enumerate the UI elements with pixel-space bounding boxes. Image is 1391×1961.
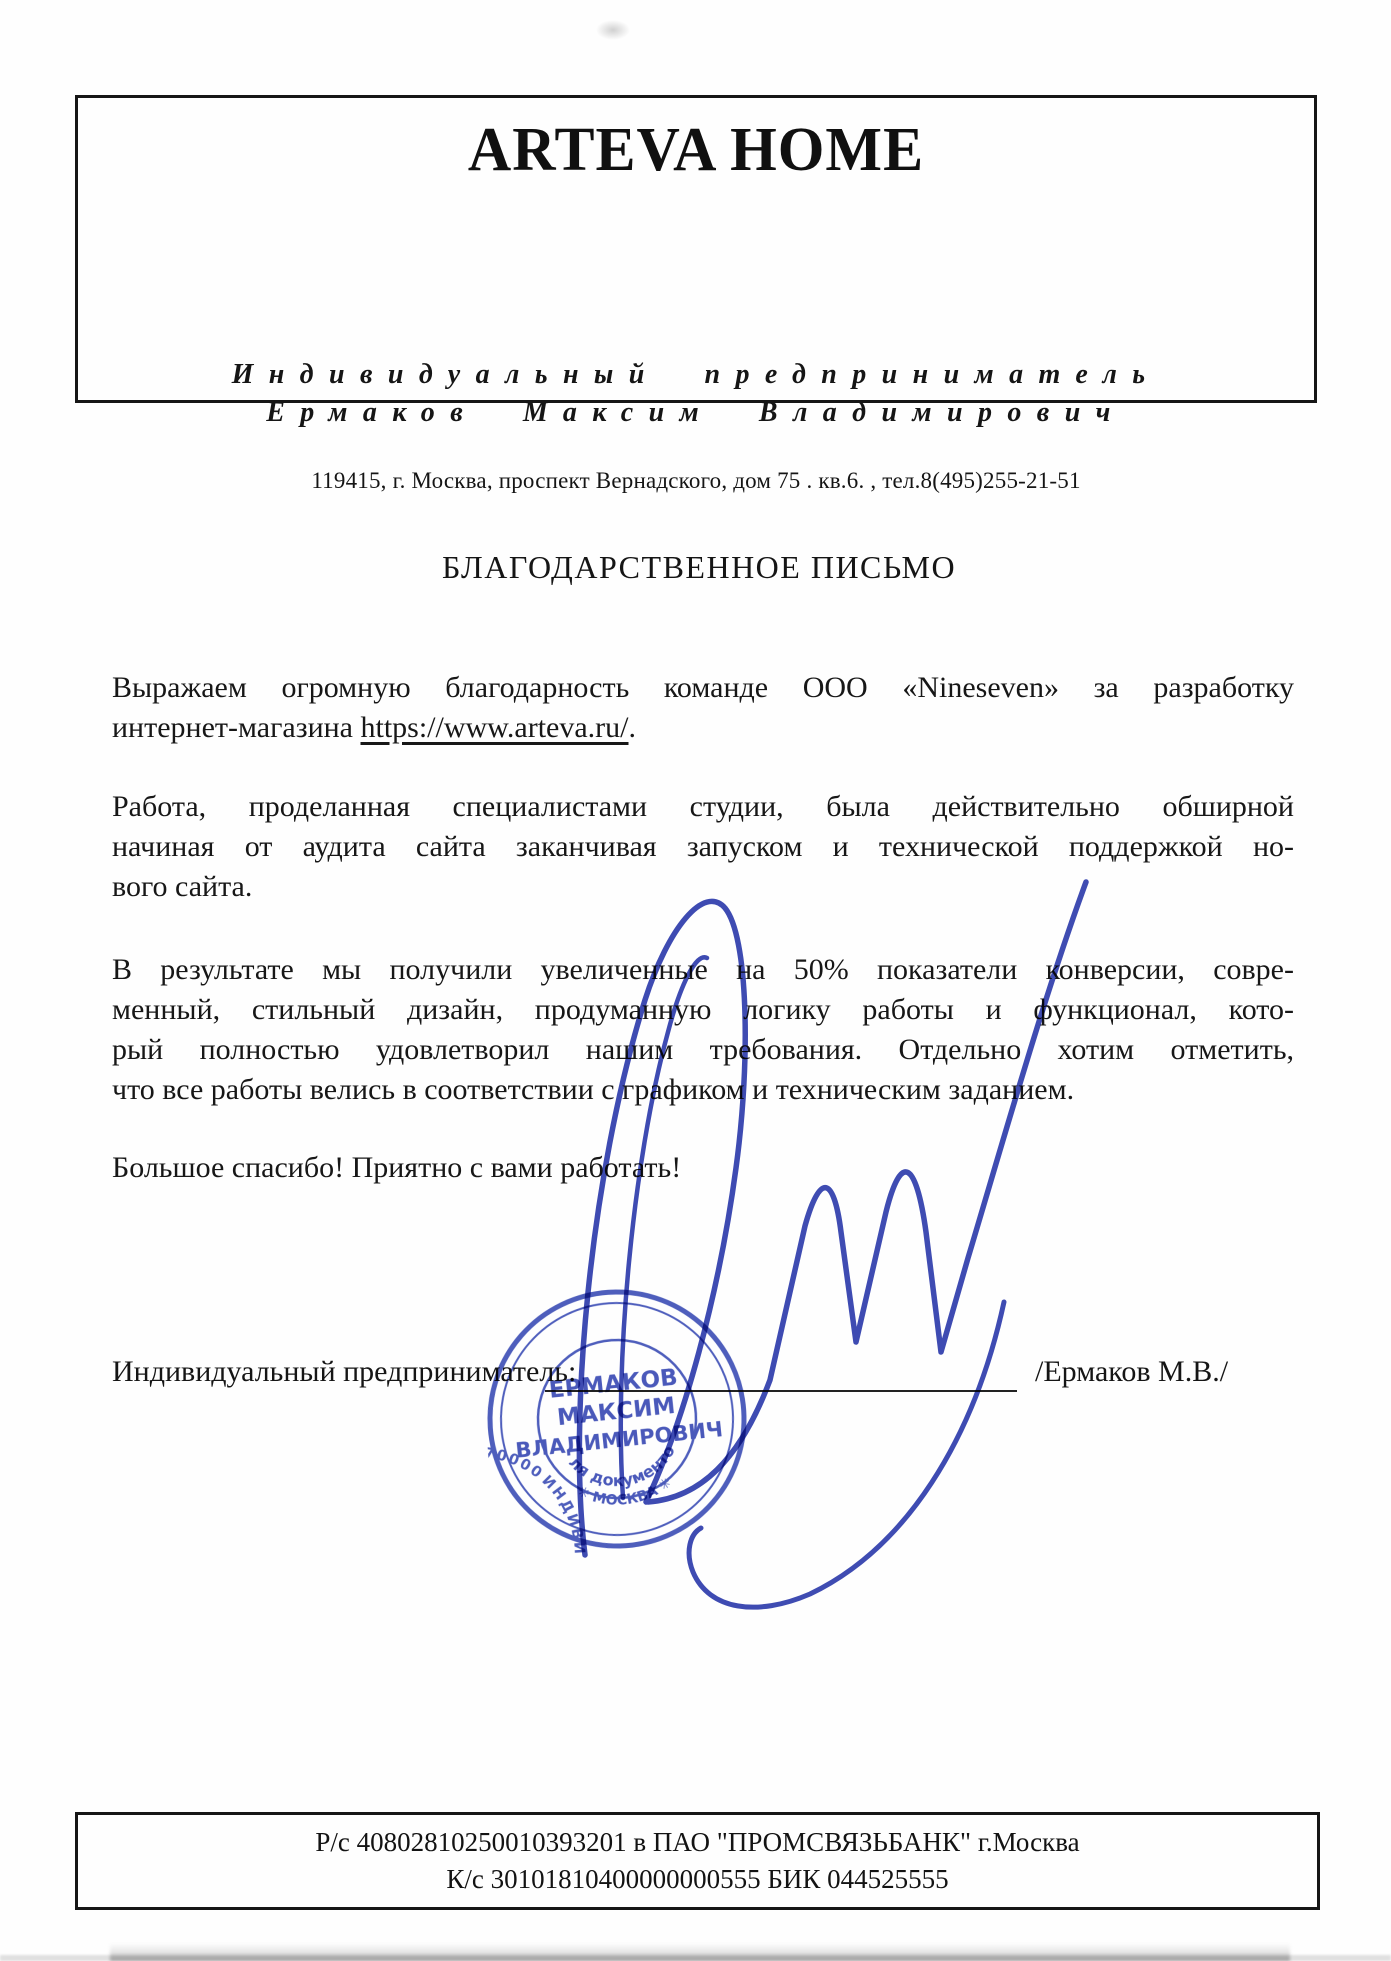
- body-line: Большое спасибо! Приятно с вами работать…: [112, 1148, 1294, 1188]
- scanned-letter-page: ARTEVA HOME Индивидуальный предпринимате…: [0, 0, 1391, 1961]
- website-url: https://www.arteva.ru/: [361, 711, 629, 744]
- signatory-name: /Ермаков М.В./: [1035, 1352, 1228, 1392]
- body-line: интернет-магазина https://www.arteva.ru/…: [112, 708, 1294, 748]
- bank-details-box: Р/с 40802810250010393201 в ПАО "ПРОМСВЯЗ…: [75, 1812, 1320, 1910]
- body-text: интернет-магазина: [112, 711, 361, 744]
- brand-title: ARTEVA HOME: [78, 117, 1314, 181]
- body-line: Работа, проделанная специалистами студии…: [112, 787, 1294, 827]
- body-line: вого сайта.: [112, 867, 1294, 907]
- entity-name-line-1: Индивидуальный предприниматель: [78, 356, 1314, 394]
- body-line: менный, стильный дизайн, продуманную лог…: [112, 990, 1294, 1030]
- body-text: .: [629, 711, 637, 744]
- body-line: В результате мы получили увеличенные на …: [112, 950, 1294, 990]
- paragraph-scope: Работа, проделанная специалистами студии…: [112, 787, 1294, 907]
- round-stamp: ИНДИВИДУАЛЬНЫЙ ПРЕДПРИНИМАТЕЛЬ ОГРНИП 30…: [477, 1279, 757, 1559]
- paragraph-results: В результате мы получили увеличенные на …: [112, 950, 1294, 1110]
- scan-noise-edge: [0, 1955, 1391, 1961]
- letterhead-box: ARTEVA HOME Индивидуальный предпринимате…: [75, 95, 1317, 403]
- entity-name-line-2: Ермаков Максим Владимирович: [78, 394, 1314, 432]
- body-line: рый полностью удовлетворил нашим требова…: [112, 1030, 1294, 1070]
- body-line: что все работы велись в соответствии с г…: [112, 1070, 1294, 1110]
- paragraph-closing: Большое спасибо! Приятно с вами работать…: [112, 1148, 1294, 1188]
- letter-title: БЛАГОДАРСТВЕННОЕ ПИСЬМО: [106, 547, 1292, 587]
- bank-corr-line: К/с 30101810400000000555 БИК 044525555: [78, 1861, 1317, 1898]
- scan-smudge: [596, 20, 630, 40]
- body-line: Выражаем огромную благодарность команде …: [112, 668, 1294, 708]
- bank-account-line: Р/с 40802810250010393201 в ПАО "ПРОМСВЯЗ…: [78, 1824, 1317, 1861]
- paragraph-thanks: Выражаем огромную благодарность команде …: [112, 668, 1294, 748]
- body-line: начиная от аудита сайта заканчивая запус…: [112, 827, 1294, 867]
- address-line: 119415, г. Москва, проспект Вернадского,…: [78, 468, 1314, 494]
